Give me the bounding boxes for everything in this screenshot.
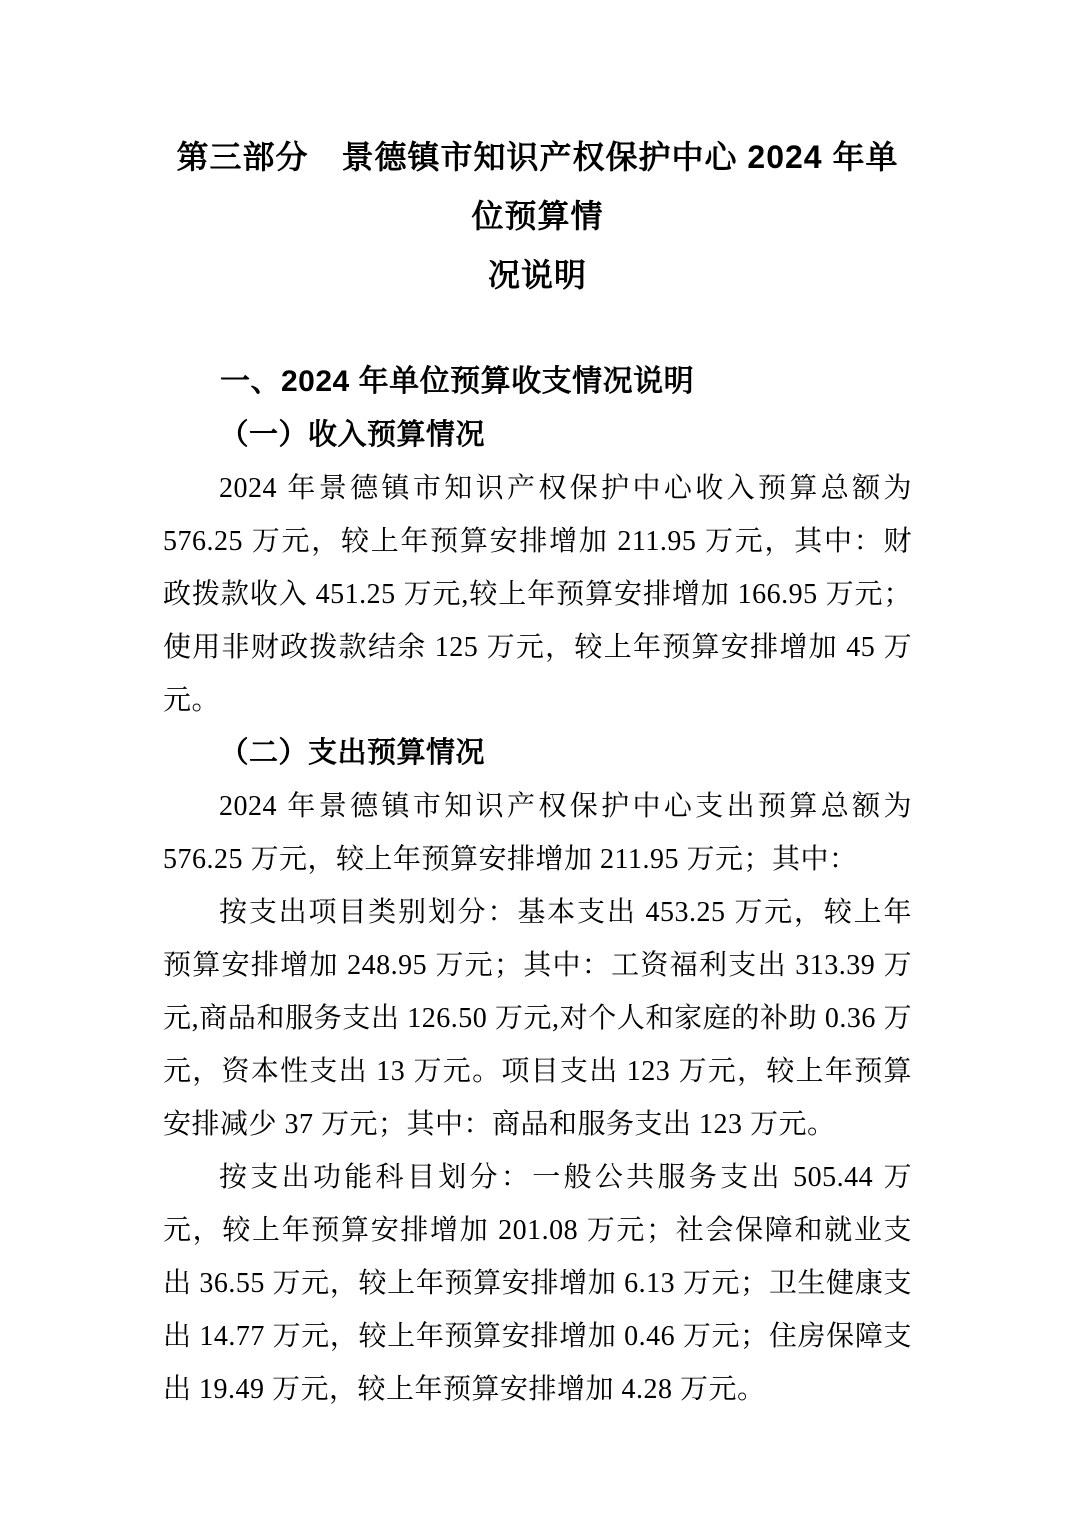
paragraph-expenditure-by-function: 按支出功能科目划分：一般公共服务支出 505.44 万元，较上年预算安排增加 2… <box>163 1151 912 1416</box>
subsection-heading-expenditure-budget: （二）支出预算情况 <box>163 727 912 780</box>
document-title: 第三部分 景德镇市知识产权保护中心 2024 年单位预算情 况说明 <box>163 128 912 305</box>
paragraph-expenditure-total: 2024 年景德镇市知识产权保护中心支出预算总额为 576.25 万元，较上年预… <box>163 780 912 886</box>
subsection-heading-income-budget: （一）收入预算情况 <box>163 409 912 462</box>
paragraph-expenditure-by-item-category: 按支出项目类别划分：基本支出 453.25 万元，较上年预算安排增加 248.9… <box>163 886 912 1151</box>
section-heading-budget-overview: 一、2024 年单位预算收支情况说明 <box>163 355 912 409</box>
paragraph-income-budget: 2024 年景德镇市知识产权保护中心收入预算总额为 576.25 万元，较上年预… <box>163 462 912 727</box>
document-page: 第三部分 景德镇市知识产权保护中心 2024 年单位预算情 况说明 一、2024… <box>0 0 1074 1520</box>
document-title-line-1: 第三部分 景德镇市知识产权保护中心 2024 年单位预算情 <box>163 128 912 246</box>
document-title-line-2: 况说明 <box>163 246 912 305</box>
